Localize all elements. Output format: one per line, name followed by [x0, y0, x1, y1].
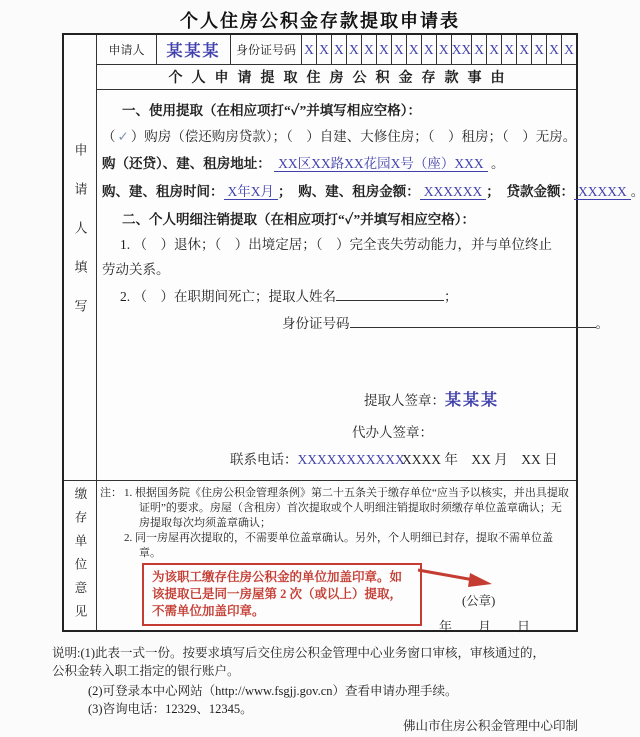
footer-instruction-4: (3)咨询电话：12329、12345。	[88, 699, 253, 717]
notes-block: 注： 1. 根据国务院《住房公积金管理条例》第二十五条关于缴存单位“应当予以核实…	[100, 486, 571, 561]
address-line: 购（还贷）、建、租房地址： XX区XX路XX花园X号（座）XXX 。	[102, 152, 505, 172]
loan-value: XXXXX	[574, 184, 631, 200]
id-line-label: 身份证号码	[282, 316, 350, 331]
id-digit-cell: X	[317, 35, 332, 64]
phone-label: 联系电话：	[230, 452, 298, 467]
official-seal-label: (公章)	[462, 591, 495, 609]
id-digit-cell: X	[532, 35, 547, 64]
form-page: { "colors": { "blue": "#4040ac", "red": …	[0, 0, 640, 737]
note-item-1: 1. 根据国务院《住房公积金管理条例》第二十五条关于缴存单位“应当予以核实，并出…	[124, 486, 571, 531]
option-other-text: （ ）自建、大修住房；（ ）租房；（ ）无房。	[286, 129, 576, 144]
id-digit-cell: X	[547, 35, 562, 64]
item2-text: 2. （ ）在职期间死亡；提取人姓名	[120, 289, 336, 304]
id-digit-cell: X	[487, 35, 502, 64]
agent-signature-line: 代办人签章：	[352, 421, 433, 441]
payee-name-blank	[336, 287, 444, 301]
item2-semicolon: ；	[444, 289, 458, 304]
notes-body: 1. 根据国务院《住房公积金管理条例》第二十五条关于缴存单位“应当予以核实，并出…	[124, 486, 571, 561]
part1-options-line: （✓）购房（偿还购房贷款）；（ ）自建、大修住房；（ ）租房；（ ）无房。	[102, 125, 576, 145]
printer-credit: 佛山市住房公积金管理中心印制	[403, 716, 578, 734]
red-arrow-icon	[416, 565, 500, 593]
part2-item2: 2. （ ）在职期间死亡；提取人姓名；	[120, 285, 458, 305]
id-digit-cell: X	[502, 35, 517, 64]
id-digit-cell: X	[362, 35, 377, 64]
id-digit-cell: X	[472, 35, 487, 64]
id-number-label: 身份证号码	[231, 35, 302, 64]
note-item-2: 2. 同一房屋再次提取的，不需要单位盖章确认。另外，个人明细已封存，提取不需单位…	[124, 531, 571, 561]
sidebar-label-applicant-fill: 申请人填写	[71, 143, 90, 338]
option-purchase-open: （	[102, 129, 116, 144]
sidebar-label-deposit-unit-opinion: 缴存单位意见	[71, 487, 89, 628]
loan-label: ； 贷款金额：	[486, 184, 574, 199]
option-purchase-text: ）购房（偿还购房贷款）；	[131, 129, 286, 144]
phone-value: XXXXXXXXXXX	[298, 452, 405, 467]
unit-date-line: 年 月 日	[439, 616, 530, 635]
amount-value: XXXXXX	[420, 184, 487, 200]
application-form-table: 申请人填写 缴存单位意见 申请人 某某某 身份证号码 X X X X X X X…	[62, 33, 578, 632]
section-divider	[64, 480, 576, 481]
footer-instruction-2: 公积金转入职工指定的银行账户。	[52, 661, 240, 679]
loan-period: 。	[631, 184, 640, 199]
sidebar-column: 申请人填写 缴存单位意见	[64, 35, 97, 630]
stamp-instruction-box: 为该职工缴存住房公积金的单位加盖印章。如该提取已是同一房屋第 2 次（或以上）提…	[142, 563, 422, 626]
part2-item1: 1. （ ）退休；（ ）出境定居；（ ）完全丧失劳动能力，并与单位终止劳动关系。	[102, 232, 562, 282]
footer-instruction-3: (2)可登录本中心网站（http://www.fsgjj.gov.cn）查看申请…	[88, 681, 458, 699]
page-title: 个人住房公积金存款提取申请表	[0, 7, 640, 33]
id-digit-cell: X	[437, 35, 452, 64]
id-digit-cell: X	[517, 35, 532, 64]
id-digit-cell: X	[347, 35, 362, 64]
check-mark: ✓	[116, 129, 131, 144]
id-line-period: 。	[596, 316, 610, 331]
amount-label: ； 购、建、租房金额：	[278, 184, 420, 199]
payee-signature-line: 提取人签章：某某某	[364, 387, 499, 410]
payee-signature-value: 某某某	[445, 392, 499, 409]
id-digit-cell: X	[332, 35, 347, 64]
applicant-label: 申请人	[97, 35, 157, 64]
applicant-name-value: 某某某	[157, 35, 231, 64]
header-row: 申请人 某某某 身份证号码 X X X X X X X X X X XX X X…	[97, 35, 576, 65]
address-value: XX区XX路XX花园X号（座）XXX	[274, 156, 488, 172]
part1-heading: 一、使用提取（在相应项打“✓”并填写相应空格）：	[122, 99, 421, 119]
notes-label: 注：	[100, 486, 124, 561]
id-digit-cell: X	[302, 35, 317, 64]
phone-line: 联系电话：XXXXXXXXXXX	[230, 448, 405, 468]
id-digit-cell: X	[392, 35, 407, 64]
part2-heading: 二、个人明细注销提取（在相应项打“✓”并填写相应空格）：	[122, 208, 475, 228]
time-label: 购、建、租房时间：	[102, 184, 224, 199]
time-amount-line: 购、建、租房时间：X年X月； 购、建、租房金额：XXXXXX； 贷款金额：XXX…	[102, 180, 640, 200]
id-digit-cell: X	[407, 35, 422, 64]
address-label: 购（还贷）、建、租房地址：	[102, 156, 271, 171]
part2-id-line: 身份证号码。	[282, 312, 609, 332]
applicant-date-line: XXXX 年 XX 月 XX 日	[402, 448, 558, 468]
time-value: X年X月	[224, 184, 279, 200]
id-digit-cell: XX	[452, 35, 473, 64]
id-digit-cell: X	[377, 35, 392, 64]
id-digit-cell: X	[562, 35, 576, 64]
section-banner: 个人申请提取住房公积金存款事由	[97, 65, 576, 90]
id-number-blank	[350, 314, 596, 328]
footer-instruction-1: 说明:(1)此表一式一份。按要求填写后交住房公积金管理中心业务窗口审核，审核通过…	[52, 643, 545, 661]
address-period: 。	[491, 156, 505, 171]
id-digit-cell: X	[422, 35, 437, 64]
payee-signature-label: 提取人签章：	[364, 393, 445, 408]
